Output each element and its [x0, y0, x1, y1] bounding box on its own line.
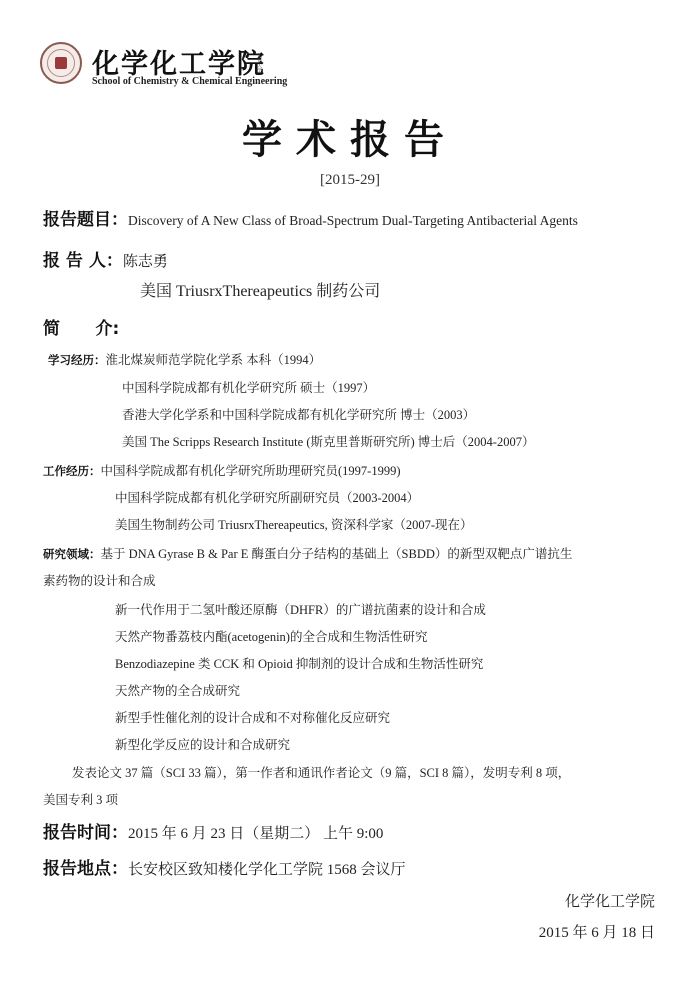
- school-name-english: School of Chemistry & Chemical Engineeri…: [92, 76, 287, 87]
- speaker-row: 报 告 人： 陈志勇: [43, 246, 168, 271]
- education-row: 学习经历： 淮北煤炭师范学院化学系 本科（1994）: [48, 350, 321, 368]
- education-item: 美国 The Scripps Research Institute (斯克里普斯…: [122, 432, 534, 450]
- location-value: 长安校区致知楼化学化工学院 1568 会议厅: [128, 858, 406, 879]
- publications-summary-continued: 美国专利 3 项: [43, 790, 118, 808]
- research-row: 研究领域： 基于 DNA Gyrase B & Par E 酶蛋白分子结构的基础…: [43, 544, 572, 562]
- research-item: 新一代作用于二氢叶酸还原酶（DHFR）的广谱抗菌素的设计和合成: [115, 600, 486, 618]
- work-item: 美国生物制药公司 TriusrxThereapeutics, 资深科学家（200…: [115, 515, 473, 533]
- location-label: 报告地点：: [43, 854, 128, 879]
- research-item: 新型化学反应的设计和合成研究: [115, 735, 290, 753]
- time-value: 2015 年 6 月 23 日（星期二） 上午 9:00: [128, 822, 383, 843]
- work-label: 工作经历：: [43, 463, 101, 479]
- topic-label: 报告题目：: [43, 205, 128, 230]
- research-item: 新型手性催化剂的设计合成和不对称催化反应研究: [115, 708, 390, 726]
- report-number: [2015-29]: [0, 172, 700, 189]
- organizer-signature: 化学化工学院: [565, 890, 655, 911]
- topic-value: Discovery of A New Class of Broad-Spectr…: [128, 213, 578, 229]
- research-item: 天然产物的全合成研究: [115, 681, 240, 699]
- school-seal-logo: [40, 42, 82, 84]
- issue-date: 2015 年 6 月 18 日: [539, 921, 655, 942]
- speaker-affiliation: 美国 TriusrxThereapeutics 制药公司: [140, 278, 380, 301]
- speaker-label: 报 告 人：: [43, 246, 123, 271]
- work-item: 中国科学院成都有机化学研究所副研究员（2003-2004）: [115, 488, 419, 506]
- topic-row: 报告题目： Discovery of A New Class of Broad-…: [43, 205, 578, 230]
- time-label: 报告时间：: [43, 818, 128, 843]
- research-item-continued: 素药物的设计和合成: [43, 571, 156, 589]
- education-item: 香港大学化学系和中国科学院成都有机化学研究所 博士（2003）: [122, 405, 475, 423]
- research-item: 基于 DNA Gyrase B & Par E 酶蛋白分子结构的基础上（SBDD…: [101, 544, 573, 562]
- intro-label: 简 介:: [43, 314, 119, 339]
- seal-emblem-icon: [55, 57, 67, 69]
- seal-inner-ring: [47, 49, 75, 77]
- research-item: 天然产物番荔枝内酯(acetogenin)的全合成和生物活性研究: [115, 627, 427, 645]
- work-item: 中国科学院成都有机化学研究所助理研究员(1997-1999): [101, 461, 401, 479]
- education-label: 学习经历：: [48, 352, 106, 368]
- page-title: 学术报告: [0, 108, 700, 165]
- work-row: 工作经历： 中国科学院成都有机化学研究所助理研究员(1997-1999): [43, 461, 401, 479]
- education-item: 淮北煤炭师范学院化学系 本科（1994）: [106, 350, 322, 368]
- speaker-name: 陈志勇: [123, 250, 168, 271]
- research-label: 研究领域：: [43, 546, 101, 562]
- research-item: Benzodiazepine 类 CCK 和 Opioid 抑制剂的设计合成和生…: [115, 654, 483, 672]
- location-row: 报告地点： 长安校区致知楼化学化工学院 1568 会议厅: [43, 854, 406, 879]
- time-row: 报告时间： 2015 年 6 月 23 日（星期二） 上午 9:00: [43, 818, 383, 843]
- education-item: 中国科学院成都有机化学研究所 硕士（1997）: [122, 378, 375, 396]
- logo-small-mark: 长安大学: [256, 53, 263, 73]
- publications-summary: 发表论文 37 篇（SCI 33 篇），第一作者和通讯作者论文（9 篇，SCI …: [72, 763, 570, 781]
